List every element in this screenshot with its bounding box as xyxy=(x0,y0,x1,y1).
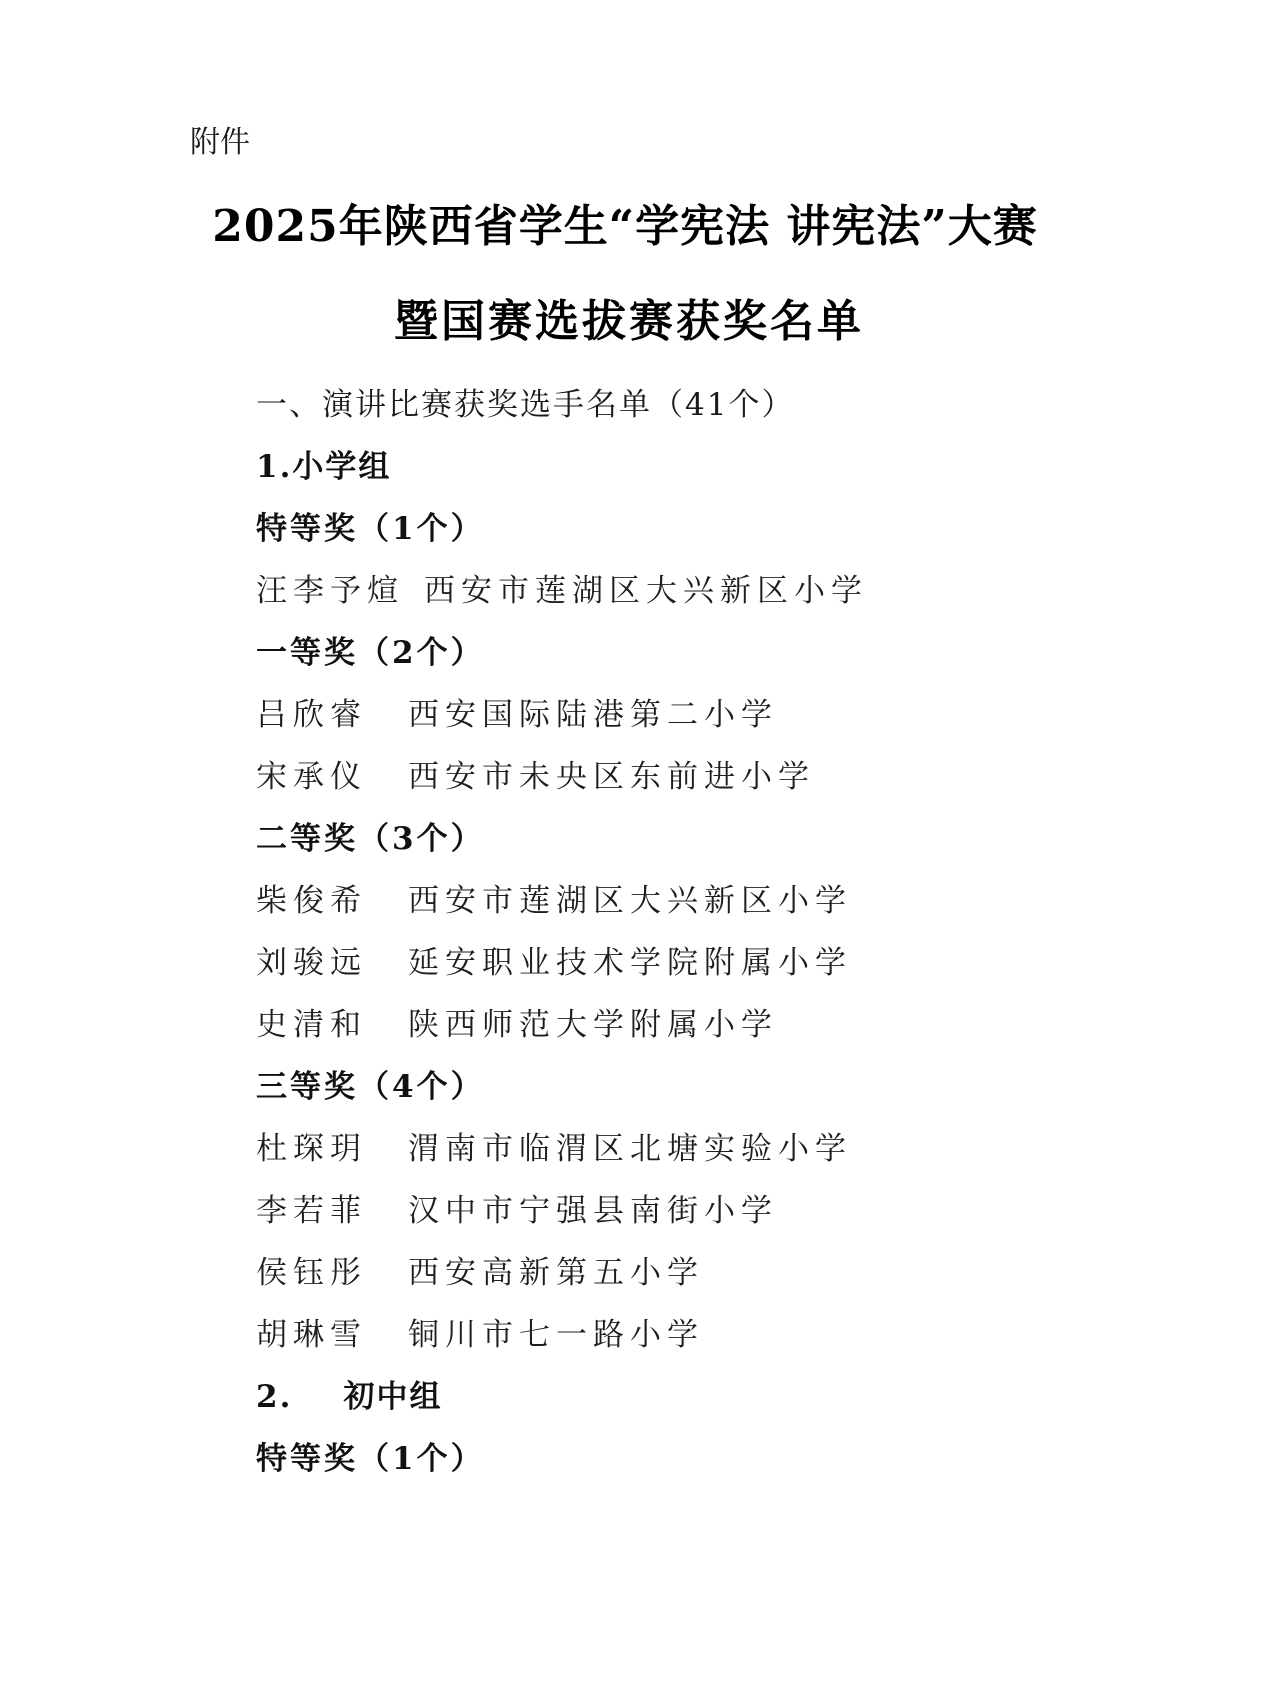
winner-name: 吕欣睿 xyxy=(256,700,408,731)
winner-name: 杜琛玥 xyxy=(256,1134,408,1165)
winner-name: 宋承仪 xyxy=(256,762,408,793)
winner-school: 西安高新第五小学 xyxy=(408,1258,704,1289)
group-heading-junior-middle: 2. 初中组 xyxy=(256,1382,443,1413)
winner-entry: 侯钰彤西安高新第五小学 xyxy=(256,1258,704,1289)
winner-entry: 胡琳雪铜川市七一路小学 xyxy=(256,1320,704,1351)
winner-name: 刘骏远 xyxy=(256,948,408,979)
winner-entry: 刘骏远延安职业技术学院附属小学 xyxy=(256,948,852,979)
winner-school: 西安市莲湖区大兴新区小学 xyxy=(408,886,852,917)
award-heading-special: 特等奖（1个） xyxy=(256,1444,485,1475)
winner-name: 胡琳雪 xyxy=(256,1320,408,1351)
award-heading-second: 二等奖（3个） xyxy=(256,824,485,855)
award-heading-third: 三等奖（4个） xyxy=(256,1072,485,1103)
document-page: 附件 2025年陕西省学生“学宪法 讲宪法”大赛 暨国赛选拔赛获奖名单 一、演讲… xyxy=(0,0,1266,1686)
award-heading-first: 一等奖（2个） xyxy=(256,638,485,669)
winner-entry: 李若菲汉中市宁强县南街小学 xyxy=(256,1196,778,1227)
winner-entry: 吕欣睿西安国际陆港第二小学 xyxy=(256,700,778,731)
winner-school: 汉中市宁强县南街小学 xyxy=(408,1196,778,1227)
winner-school: 延安职业技术学院附属小学 xyxy=(408,948,852,979)
winner-school: 西安国际陆港第二小学 xyxy=(408,700,778,731)
winner-entry: 柴俊希西安市莲湖区大兴新区小学 xyxy=(256,886,852,917)
winner-school: 西安市未央区东前进小学 xyxy=(408,762,815,793)
attachment-label: 附件 xyxy=(190,128,250,158)
winner-name: 汪李予煊 xyxy=(256,576,424,607)
winner-entry: 杜琛玥渭南市临渭区北塘实验小学 xyxy=(256,1134,852,1165)
award-heading-special: 特等奖（1个） xyxy=(256,514,485,545)
winner-entry: 汪李予煊西安市莲湖区大兴新区小学 xyxy=(256,576,868,607)
winner-name: 史清和 xyxy=(256,1010,408,1041)
group-heading-primary: 1.小学组 xyxy=(256,452,391,483)
winner-school: 渭南市临渭区北塘实验小学 xyxy=(408,1134,852,1165)
winner-entry: 宋承仪西安市未央区东前进小学 xyxy=(256,762,815,793)
document-title-line-2: 暨国赛选拔赛获奖名单 xyxy=(0,300,1262,344)
winner-school: 铜川市七一路小学 xyxy=(408,1320,704,1351)
document-title-line-1: 2025年陕西省学生“学宪法 讲宪法”大赛 xyxy=(0,205,1258,249)
winner-name: 侯钰彤 xyxy=(256,1258,408,1289)
winner-name: 柴俊希 xyxy=(256,886,408,917)
winner-school: 西安市莲湖区大兴新区小学 xyxy=(424,576,868,607)
winner-school: 陕西师范大学附属小学 xyxy=(408,1010,778,1041)
winner-name: 李若菲 xyxy=(256,1196,408,1227)
section-heading-speech-contest: 一、演讲比赛获奖选手名单（41个） xyxy=(256,390,794,421)
winner-entry: 史清和陕西师范大学附属小学 xyxy=(256,1010,778,1041)
